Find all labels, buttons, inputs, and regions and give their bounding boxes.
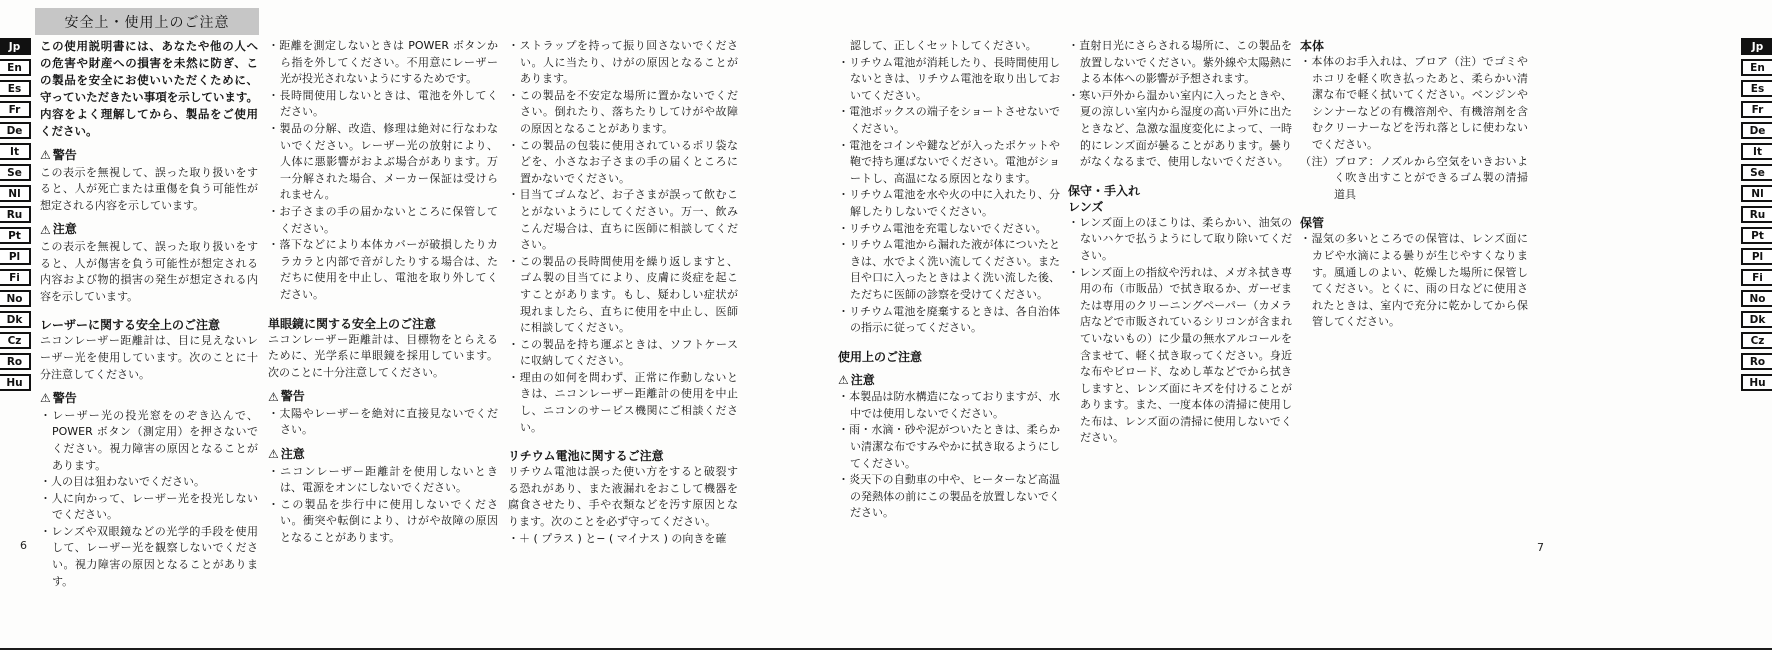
bullet-item: ・電池ボックスの端子をショートさせないでください。 <box>838 104 1060 137</box>
bullet-item: ・目当てゴムなど、お子さまが誤って飲むことがないようにしてください。万一、飲みこ… <box>508 187 738 253</box>
bullet-item: ・レンズ面上の指紋や汚れは、メガネ拭き専用の布（市販品）で拭き取るか、ガーゼまた… <box>1068 265 1292 448</box>
language-tab-ro: Ro <box>1741 353 1772 370</box>
section-heading: 保管 <box>1300 215 1528 231</box>
bullet-item: ・この製品を持ち運ぶときは、ソフトケースに収納してください。 <box>508 337 738 370</box>
language-tab-it: It <box>1741 143 1772 160</box>
bullet-item: ・本製品は防水構造になっておりますが、水中では使用しないでください。 <box>838 389 1060 422</box>
bullet-item: ・寒い戸外から温かい室内に入ったときや、夏の涼しい室内から湿度の高い戸外に出たと… <box>1068 88 1292 171</box>
bullet-item: ・レンズ面上のほこりは、柔らかい、油気のないハケで払うようにして取り除いてくださ… <box>1068 215 1292 265</box>
language-tab-column-right: JpEnEsFrDeItSeNlRuPtPlFiNoDkCzRoHu <box>1741 38 1772 391</box>
language-tab-pl: Pl <box>0 248 31 265</box>
language-tab-es: Es <box>1741 80 1772 97</box>
bullet-item: ・この製品の長時間使用を繰り返しますと、ゴム製の目当てにより、皮膚に炎症を起こす… <box>508 254 738 337</box>
text-column-4: 認して、正しくセットしてください。・リチウム電池が消耗したり、長時間使用しないと… <box>838 38 1060 522</box>
bullet-item: ・直射日光にさらされる場所に、この製品を放置しないでください。紫外線や太陽熱によ… <box>1068 38 1292 88</box>
bullet-item: ・電池をコインや鍵などが入ったポケットや鞄で持ち運ばないでください。電池がショー… <box>838 138 1060 188</box>
bullet-item: ・距離を測定しないときは POWER ボタンから指を外してください。不用意にレー… <box>268 38 498 88</box>
language-tab-jp: Jp <box>1741 38 1772 55</box>
language-tab-nl: Nl <box>0 185 31 202</box>
language-tab-en: En <box>1741 59 1772 76</box>
bullet-item: ・湿気の多いところでの保管は、レンズ面にカビや水滴による曇りが生じやすくなります… <box>1300 231 1528 331</box>
alert-label: 注意 <box>281 446 305 463</box>
language-tab-ru: Ru <box>1741 206 1772 223</box>
bullet-item: ・雨・水滴・砂や泥がついたときは、柔らかい清潔な布ですみやかに拭き取るようにして… <box>838 422 1060 472</box>
warning-triangle-icon: ⚠ <box>268 391 279 403</box>
alert-heading: ⚠注意 <box>268 446 498 463</box>
language-tab-column-left: JpEnEsFrDeItSeNlRuPtPlFiNoDkCzRoHu <box>0 38 31 391</box>
bullet-item: ・この製品を不安定な場所に置かないでください。倒れたり、落ちたりしてけがや故障の… <box>508 88 738 138</box>
bullet-item: ・リチウム電池を廃棄するときは、各自治体の指示に従ってください。 <box>838 304 1060 337</box>
language-tab-fi: Fi <box>0 269 31 286</box>
continuation-line: 認して、正しくセットしてください。 <box>838 38 1060 55</box>
language-tab-se: Se <box>1741 164 1772 181</box>
language-tab-dk: Dk <box>0 311 31 328</box>
language-tab-jp: Jp <box>0 38 31 55</box>
bullet-item: ・ニコンレーザー距離計を使用しないときは、電源をオンにしないでください。 <box>268 464 498 497</box>
bullet-item: ・長時間使用しないときは、電池を外してください。 <box>268 88 498 121</box>
bullet-item: ・リチウム電池が消耗したり、長時間使用しないときは、リチウム電池を取り出しておい… <box>838 55 1060 105</box>
warning-triangle-icon: ⚠ <box>40 149 51 161</box>
section-heading: 単眼鏡に関する安全上のご注意 <box>268 316 498 332</box>
section-heading: 保守・手入れ <box>1068 183 1292 199</box>
alert-label: 警告 <box>53 390 77 407</box>
bullet-item: ・レンズや双眼鏡などの光学的手段を使用して、レーザー光を観察しないでください。視… <box>40 524 258 590</box>
language-tab-pt: Pt <box>1741 227 1772 244</box>
alert-heading: ⚠注意 <box>40 221 258 238</box>
alert-heading: ⚠注意 <box>838 372 1060 389</box>
paragraph: ニコンレーザー距離計は、目標物をとらえるために、光学系に単眼鏡を採用しています。… <box>268 332 498 382</box>
manual-spread: 安全上・使用上のご注意 JpEnEsFrDeItSeNlRuPtPlFiNoDk… <box>0 0 1772 650</box>
language-tab-ro: Ro <box>0 353 31 370</box>
language-tab-fi: Fi <box>1741 269 1772 286</box>
text-column-5: ・直射日光にさらされる場所に、この製品を放置しないでください。紫外線や太陽熱によ… <box>1068 38 1292 447</box>
bullet-item: ・この製品を歩行中に使用しないでください。衝突や転倒により、けがや故障の原因とな… <box>268 497 498 547</box>
section-subheading: レンズ <box>1068 199 1292 215</box>
bullet-item: ・落下などにより本体カバーが破損したりカラカラと内部で音がしたりする場合は、ただ… <box>268 237 498 303</box>
paragraph: この表示を無視して、誤った取り扱いをすると、人が死亡または重傷を負う可能性が想定… <box>40 165 258 215</box>
language-tab-ru: Ru <box>0 206 31 223</box>
warning-triangle-icon: ⚠ <box>40 224 51 236</box>
paragraph: リチウム電池は誤った使い方をすると破裂する恐れがあり、また液漏れをおこして機器を… <box>508 464 738 530</box>
warning-triangle-icon: ⚠ <box>838 374 849 386</box>
language-tab-es: Es <box>0 80 31 97</box>
warning-triangle-icon: ⚠ <box>268 448 279 460</box>
language-tab-no: No <box>0 290 31 307</box>
page-number-right: 7 <box>1537 541 1544 554</box>
bullet-item: ・＋ ( プラス ) と− ( マイナス ) の向きを確 <box>508 531 738 548</box>
page-title: 安全上・使用上のご注意 <box>35 8 259 35</box>
bullet-item: ・リチウム電池から漏れた液が体についたときは、水でよく洗い流してください。また目… <box>838 237 1060 303</box>
bullet-item: ・本体のお手入れは、ブロア（注）でゴミやホコリを軽く吹き払ったあと、柔らかい清潔… <box>1300 54 1528 154</box>
page-number-left: 6 <box>20 539 27 552</box>
section-heading: 本体 <box>1300 38 1528 54</box>
alert-heading: ⚠警告 <box>40 147 258 164</box>
paragraph: この表示を無視して、誤った取り扱いをすると、人が傷害を負う可能性が想定される内容… <box>40 239 258 305</box>
text-column-6: 本体・本体のお手入れは、ブロア（注）でゴミやホコリを軽く吹き払ったあと、柔らかい… <box>1300 38 1528 331</box>
alert-heading: ⚠警告 <box>268 388 498 405</box>
bullet-item: ・製品の分解、改造、修理は絶対に行なわないでください。レーザー光の放射により、人… <box>268 121 498 204</box>
section-heading: レーザーに関する安全上のご注意 <box>40 317 258 333</box>
language-tab-cz: Cz <box>0 332 31 349</box>
bullet-item: ・リチウム電池を水や火の中に入れたり、分解したりしないでください。 <box>838 187 1060 220</box>
text-column-3: ・ストラップを持って振り回さないでください。人に当たり、けがの原因となることがあ… <box>508 38 738 547</box>
bullet-item: ・理由の如何を問わず、正常に作動しないときは、ニコンレーザー距離計の使用を中止し… <box>508 370 738 436</box>
warning-triangle-icon: ⚠ <box>40 392 51 404</box>
paragraph: ニコンレーザー距離計は、目に見えないレーザー光を使用しています。次のことに十分注… <box>40 333 258 383</box>
bullet-item: ・太陽やレーザーを絶対に直接見ないでください。 <box>268 406 498 439</box>
text-column-1: この使用説明書には、あなたや他の人への危害や財産への損害を未然に防ぎ、この製品を… <box>40 38 258 590</box>
language-tab-pl: Pl <box>1741 248 1772 265</box>
bullet-item: ・レーザー光の投光窓をのぞき込んで、POWER ボタン（測定用）を押さないでくだ… <box>40 408 258 474</box>
footnote: （注）ブロア：ノズルから空気をいきおいよく吹き出すことができるゴム製の清掃道具 <box>1300 154 1528 204</box>
language-tab-de: De <box>0 122 31 139</box>
language-tab-cz: Cz <box>1741 332 1772 349</box>
alert-heading: ⚠警告 <box>40 390 258 407</box>
language-tab-no: No <box>1741 290 1772 307</box>
bullet-item: ・お子さまの手の届かないところに保管してください。 <box>268 204 498 237</box>
alert-label: 注意 <box>851 372 875 389</box>
lead-paragraph: この使用説明書には、あなたや他の人への危害や財産への損害を未然に防ぎ、この製品を… <box>40 38 258 140</box>
language-tab-fr: Fr <box>1741 101 1772 118</box>
bullet-item: ・ストラップを持って振り回さないでください。人に当たり、けがの原因となることがあ… <box>508 38 738 88</box>
bullet-item: ・炎天下の自動車の中や、ヒーターなど高温の発熱体の前にこの製品を放置しないでくだ… <box>838 472 1060 522</box>
language-tab-pt: Pt <box>0 227 31 244</box>
alert-label: 注意 <box>53 221 77 238</box>
bullet-item: ・人に向かって、レーザー光を投光しないでください。 <box>40 491 258 524</box>
bullet-item: ・この製品の包装に使用されているポリ袋などを、小さなお子さまの手の届くところに置… <box>508 138 738 188</box>
alert-label: 警告 <box>281 388 305 405</box>
alert-label: 警告 <box>53 147 77 164</box>
language-tab-hu: Hu <box>1741 374 1772 391</box>
language-tab-de: De <box>1741 122 1772 139</box>
text-column-2: ・距離を測定しないときは POWER ボタンから指を外してください。不用意にレー… <box>268 38 498 547</box>
bullet-item: ・リチウム電池を充電しないでください。 <box>838 221 1060 238</box>
language-tab-se: Se <box>0 164 31 181</box>
section-heading: 使用上のご注意 <box>838 349 1060 365</box>
language-tab-hu: Hu <box>0 374 31 391</box>
section-heading: リチウム電池に関するご注意 <box>508 448 738 464</box>
bullet-item: ・人の目は狙わないでください。 <box>40 474 258 491</box>
language-tab-en: En <box>0 59 31 76</box>
language-tab-it: It <box>0 143 31 160</box>
language-tab-nl: Nl <box>1741 185 1772 202</box>
language-tab-dk: Dk <box>1741 311 1772 328</box>
language-tab-fr: Fr <box>0 101 31 118</box>
